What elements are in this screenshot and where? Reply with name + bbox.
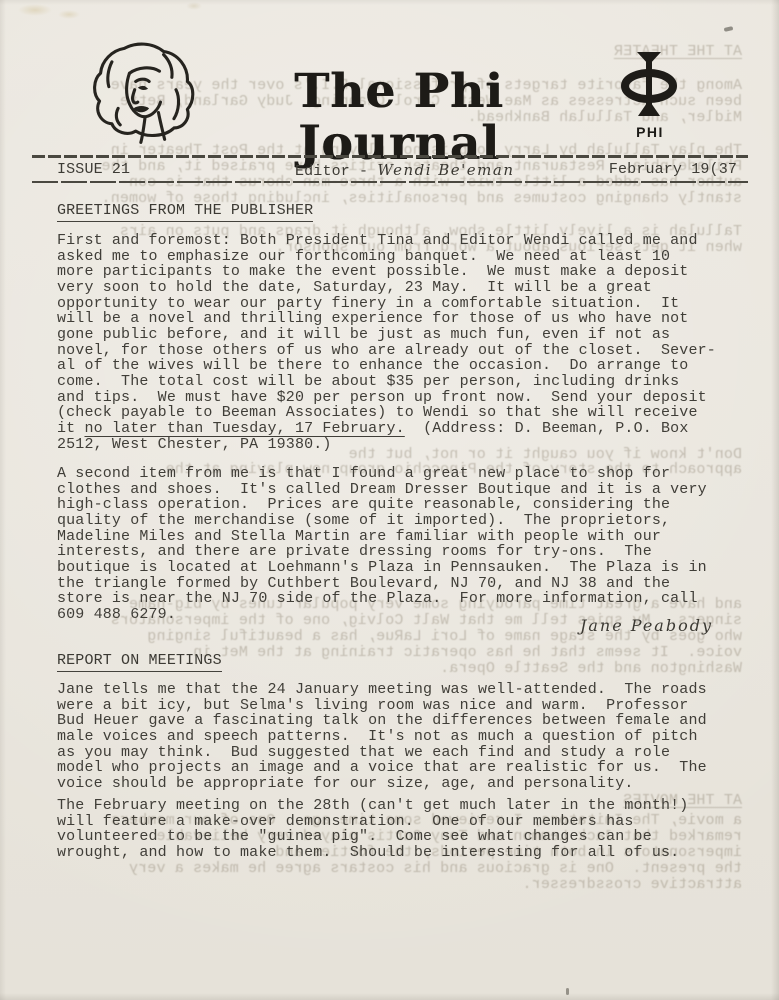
meetings-paragraph-1: Jane tells me that the 24 January meetin… bbox=[57, 682, 759, 792]
greetings-p1-underlined-deadline: no later than Tuesday, 17 February. bbox=[84, 420, 404, 437]
greetings-paragraph-2: A second item from me is that I found a … bbox=[57, 466, 759, 623]
signature: Jane Peabody bbox=[455, 616, 713, 635]
masthead-dashed-rule bbox=[32, 155, 748, 158]
editor-name: Wendi Be'eman bbox=[377, 161, 514, 179]
section-heading-meetings: REPORT ON MEETINGS bbox=[57, 651, 222, 672]
woman-portrait-icon bbox=[82, 36, 208, 160]
issue-underline-rule bbox=[32, 181, 748, 183]
bleedthrough-ghost-line: attractive crossdresser. bbox=[50, 877, 742, 892]
editor-label: Editor - bbox=[295, 163, 377, 180]
phi-symbol-icon: PHI bbox=[618, 50, 682, 140]
section-heading-greetings: GREETINGS FROM THE PUBLISHER bbox=[57, 201, 313, 222]
issue-number: ISSUE 21 bbox=[57, 162, 130, 178]
phi-label: PHI bbox=[618, 124, 682, 140]
greetings-p1-text: First and foremost: Both President Tina … bbox=[57, 232, 716, 437]
issue-date: February 19(37 bbox=[609, 162, 737, 178]
greetings-paragraph-1: First and foremost: Both President Tina … bbox=[57, 233, 759, 452]
newsletter-title: The Phi Journal bbox=[193, 66, 605, 169]
scanned-newsletter-page: AT THE THEATERAmong the favorite targets… bbox=[0, 0, 779, 1000]
bleedthrough-ghost-line: the present. One is gracious and his cos… bbox=[50, 861, 742, 876]
editor-credit: Editor - Wendi Be'eman bbox=[295, 162, 515, 180]
meetings-paragraph-2: The February meeting on the 28th (can't … bbox=[57, 798, 759, 861]
